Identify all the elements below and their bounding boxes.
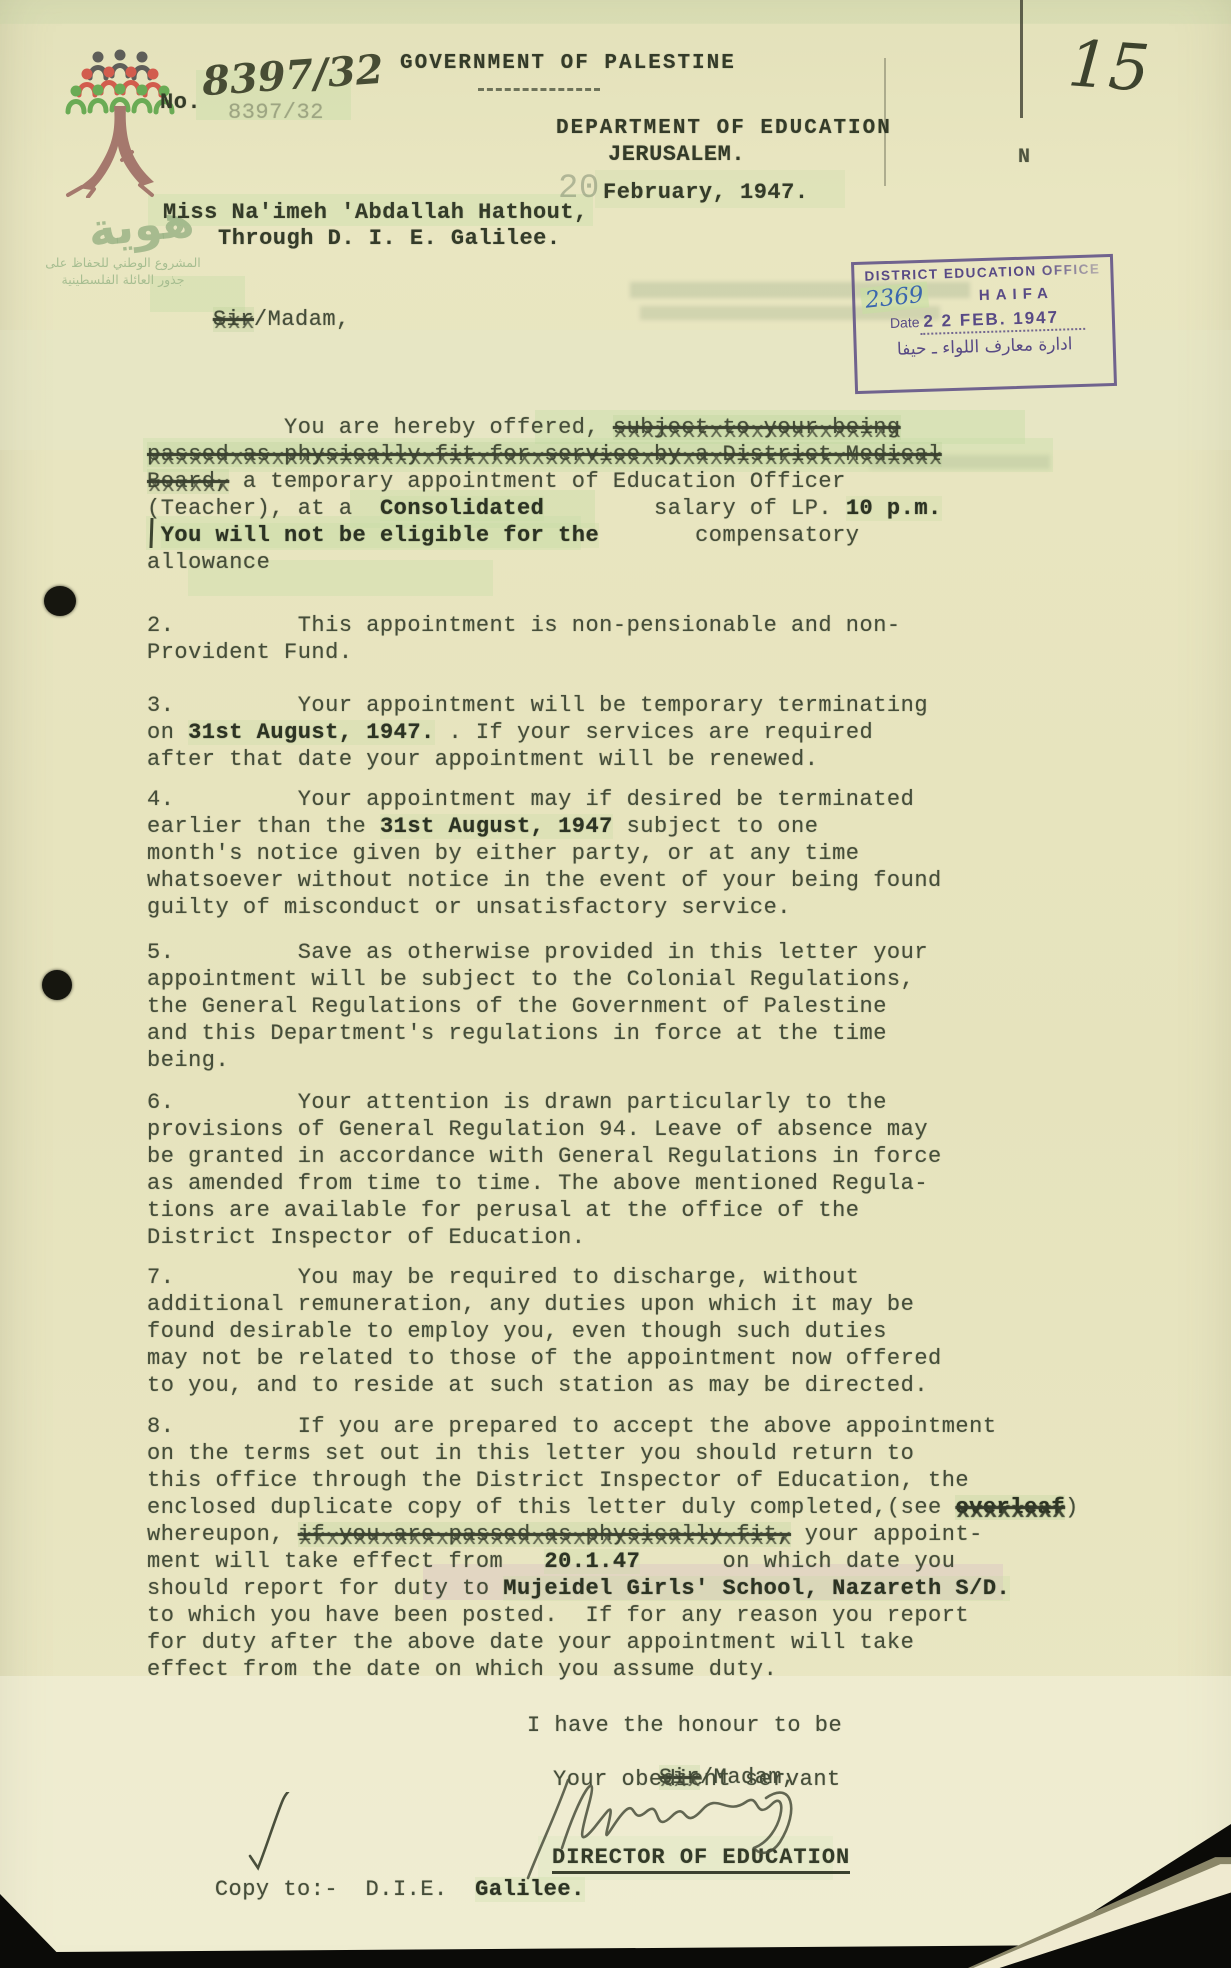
paragraph-6: 6. Your attention is drawn particularly … [147, 1089, 1127, 1251]
typed-text: to you, and to reside at such station as… [147, 1373, 928, 1398]
huwiyya-tree-of-people-logo [62, 48, 182, 198]
typed-text: allowance [147, 550, 270, 575]
district-education-office-stamp: DISTRICT EDUCATION OFFICE 2369 HAIFA Dat… [851, 254, 1117, 394]
scan-tint [0, 0, 1231, 24]
typed-text: and this Department's regulations in for… [147, 1021, 887, 1046]
typed-text: a temporary appointment of Education Off… [229, 469, 846, 494]
typed-text: subject to one [613, 814, 819, 839]
typed-line: 4. Your appointment may if desired be te… [147, 786, 1127, 813]
typed-text: effect from the date on which you assume… [147, 1657, 777, 1682]
typed-text: salary of LP. [544, 496, 845, 521]
handwritten-page-number: 15 [1066, 27, 1152, 107]
typed-line: provisions of General Regulation 94. Lea… [147, 1116, 1127, 1143]
typed-text: 8. If you are prepared to accept the abo… [147, 1414, 997, 1439]
stray-letter-artifact: N [1018, 146, 1031, 169]
stamp-date-value: 2 2 FEB. 1947 [919, 307, 1085, 335]
typed-line: Provident Fund. [147, 639, 1127, 666]
typed-text: on the terms set out in this letter you … [147, 1441, 914, 1466]
typed-line: additional remuneration, any duties upon… [147, 1291, 1127, 1318]
typed-text: after that date your appointment will be… [147, 747, 818, 772]
stamp-arabic-line: ادارة معارف اللواء ـ حيفا [862, 333, 1107, 361]
file-no-label: No. [160, 90, 201, 115]
typed-insert: 10 p.m. [846, 496, 942, 521]
typed-text: found desirable to employ you, even thou… [147, 1319, 887, 1344]
typed-line: ment will take effect from 20.1.47 on wh… [147, 1548, 1127, 1575]
copy-to-place: Galilee. [475, 1877, 585, 1902]
stamp-date-label: Date [890, 314, 920, 331]
scan-edge-bottom-strip [0, 1944, 1231, 1968]
typed-line: whereupon, if you are passed as physical… [147, 1521, 1127, 1548]
typed-line: and this Department's regulations in for… [147, 1020, 1127, 1047]
typed-line: for duty after the above date your appoi… [147, 1629, 1127, 1656]
typed-line: on the terms set out in this letter you … [147, 1440, 1127, 1467]
typed-line: on 31st August, 1947. . If your services… [147, 719, 1127, 746]
typed-line: passed as physically fit for service by … [147, 441, 1127, 468]
copy-to-label: Copy to:- [215, 1877, 338, 1902]
typed-line: to you, and to reside at such station as… [147, 1372, 1127, 1399]
letter-date: February, 1947. [603, 180, 809, 205]
typed-line: District Inspector of Education. [147, 1224, 1127, 1251]
typed-text: whereupon, [147, 1522, 298, 1547]
typed-insert: 31st August, 1947 [380, 814, 613, 839]
typed-line: may not be related to those of the appoi… [147, 1345, 1127, 1372]
typed-text: as amended from time to time. The above … [147, 1171, 928, 1196]
typed-text: . If your services are required [435, 720, 873, 745]
typed-line: this office through the District Inspect… [147, 1467, 1127, 1494]
typed-text: whatsoever without notice in the event o… [147, 868, 942, 893]
salutation: Sir/Madam, [158, 282, 350, 357]
typed-insert: 31st August, 1947. [188, 720, 435, 745]
paragraph-8: 8. If you are prepared to accept the abo… [147, 1413, 1127, 1683]
title-underline [478, 88, 600, 91]
typed-text: on which date you [640, 1549, 955, 1574]
typed-insert: You will not be eligible for the [161, 523, 599, 548]
stamp-handwritten-number: 2369 [860, 282, 929, 315]
hole-punch-mark [44, 586, 76, 616]
typed-text: guilty of misconduct or unsatisfactory s… [147, 895, 791, 920]
typed-line: 6. Your attention is drawn particularly … [147, 1089, 1127, 1116]
watermark-caption-line1: المشروع الوطني للحفاظ على [28, 254, 218, 271]
copy-to-addressee: D.I.E. [366, 1877, 462, 1902]
department-title: DEPARTMENT OF EDUCATION [556, 117, 892, 140]
typed-text: the General Regulations of the Governmen… [147, 994, 887, 1019]
folded-corner-edge [968, 1850, 1231, 1968]
typed-text: on [147, 720, 188, 745]
stamp-city: HAIFA [927, 283, 1105, 306]
typed-line: You are hereby offered, subject to your … [147, 414, 1127, 441]
addressee-line1: Miss Na'imeh 'Abdallah Hathout, [163, 200, 588, 225]
typed-text: provisions of General Regulation 94. Lea… [147, 1117, 928, 1142]
typed-text: may not be related to those of the appoi… [147, 1346, 942, 1371]
typed-text: for duty after the above date your appoi… [147, 1630, 914, 1655]
typed-text: month's notice given by either party, or… [147, 841, 860, 866]
typed-insert: Mujeidel Girls' School, Nazareth S/D. [503, 1576, 1010, 1601]
typed-text: 4. Your appointment may if desired be te… [147, 787, 914, 812]
typed-text: enclosed duplicate copy of this letter d… [147, 1495, 955, 1520]
salutation-rest: /Madam, [254, 307, 350, 332]
typed-text: ) [1065, 1495, 1079, 1520]
typed-text: being. [147, 1048, 229, 1073]
typed-line: 3. Your appointment will be temporary te… [147, 692, 1127, 719]
typed-text: appointment will be subject to the Colon… [147, 967, 914, 992]
struck-text: passed as physically fit for service by … [147, 442, 942, 467]
typed-text: 3. Your appointment will be temporary te… [147, 693, 928, 718]
typed-line: 5. Save as otherwise provided in this le… [147, 939, 1127, 966]
typed-file-number-ghost: 8397/32 [228, 100, 324, 125]
scan-edge-bottom-left [0, 1894, 72, 1968]
typed-text: 5. Save as otherwise provided in this le… [147, 940, 928, 965]
paragraph-7: 7. You may be required to discharge, wit… [147, 1264, 1127, 1399]
typed-text: be granted in accordance with General Re… [147, 1144, 942, 1169]
typed-line: appointment will be subject to the Colon… [147, 966, 1127, 993]
typed-text: Provident Fund. [147, 640, 353, 665]
typed-line: 8. If you are prepared to accept the abo… [147, 1413, 1127, 1440]
typed-line: to which you have been posted. If for an… [147, 1602, 1127, 1629]
typed-text: You are hereby offered, [147, 415, 613, 440]
typed-line: You will not be eligible for the compens… [147, 522, 1127, 549]
struck-text: subject to your being [613, 415, 901, 440]
typed-line: after that date your appointment will be… [147, 746, 1127, 773]
struck-text: Board, [147, 469, 229, 494]
typed-line: Board, a temporary appointment of Educat… [147, 468, 1127, 495]
handwritten-checkmark [246, 1792, 290, 1872]
typed-insert: 20.1.47 [544, 1549, 640, 1574]
typed-line: (Teacher), at a Consolidated salary of L… [147, 495, 1127, 522]
handwritten-signature [500, 1752, 840, 1880]
typed-line: found desirable to employ you, even thou… [147, 1318, 1127, 1345]
typed-line: should report for duty to Mujeidel Girls… [147, 1575, 1127, 1602]
closing-honour: I have the honour to be [527, 1713, 842, 1738]
typed-text: additional remuneration, any duties upon… [147, 1292, 914, 1317]
typed-text: earlier than the [147, 814, 380, 839]
typed-text: 2. This appointment is non-pensionable a… [147, 613, 901, 638]
typed-text: compensatory [599, 523, 859, 548]
department-city: JERUSALEM. [608, 142, 745, 167]
typed-line: tions are available for perusal at the o… [147, 1197, 1127, 1224]
typed-text: to which you have been posted. If for an… [147, 1603, 969, 1628]
typed-text: 7. You may be required to discharge, wit… [147, 1265, 860, 1290]
addressee-line2: Through D. I. E. Galilee. [218, 226, 561, 251]
paragraph-4: 4. Your appointment may if desired be te… [147, 786, 1127, 921]
typed-line: as amended from time to time. The above … [147, 1170, 1127, 1197]
typed-line: whatsoever without notice in the event o… [147, 867, 1127, 894]
typed-text: tions are available for perusal at the o… [147, 1198, 860, 1223]
typed-line: 2. This appointment is non-pensionable a… [147, 612, 1127, 639]
paragraph-5: 5. Save as otherwise provided in this le… [147, 939, 1127, 1074]
typed-line: be granted in accordance with General Re… [147, 1143, 1127, 1170]
typed-line: allowance [147, 549, 1127, 576]
typed-text: should report for duty to [147, 1576, 503, 1601]
paper-crease [1020, 0, 1023, 118]
salutation-struck: Sir [213, 307, 254, 332]
hole-punch-mark [42, 970, 72, 1000]
paragraph-2: 2. This appointment is non-pensionable a… [147, 612, 1127, 666]
pto-note: P.T.O. [1132, 1886, 1207, 1909]
typed-text: (Teacher), at a [147, 496, 380, 521]
paragraph-1: You are hereby offered, subject to your … [147, 414, 1127, 576]
government-title: GOVERNMENT OF PALESTINE [400, 52, 736, 75]
struck-text: overleaf [955, 1495, 1065, 1520]
scanned-letter-page: هوية المشروع الوطني للحفاظ على جذور العا… [0, 0, 1231, 1968]
typed-line: enclosed duplicate copy of this letter d… [147, 1494, 1127, 1521]
paragraph-3: 3. Your appointment will be temporary te… [147, 692, 1127, 773]
typed-text: District Inspector of Education. [147, 1225, 585, 1250]
struck-text: if you are passed as physically fit, [298, 1522, 791, 1547]
typed-line: the General Regulations of the Governmen… [147, 993, 1127, 1020]
typed-line: 7. You may be required to discharge, wit… [147, 1264, 1127, 1291]
handwritten-file-number: 8397/32 [201, 46, 385, 106]
typed-text: ment will take effect from [147, 1549, 544, 1574]
typed-text: 6. Your attention is drawn particularly … [147, 1090, 887, 1115]
typed-line: earlier than the 31st August, 1947 subje… [147, 813, 1127, 840]
typed-text: your appoint- [791, 1522, 983, 1547]
folded-corner [968, 1850, 1231, 1968]
typed-line: being. [147, 1047, 1127, 1074]
typed-insert: Consolidated [380, 496, 544, 521]
typed-line: guilty of misconduct or unsatisfactory s… [147, 894, 1127, 921]
typed-line: month's notice given by either party, or… [147, 840, 1127, 867]
typed-line: effect from the date on which you assume… [147, 1656, 1127, 1683]
typed-text: this office through the District Inspect… [147, 1468, 969, 1493]
